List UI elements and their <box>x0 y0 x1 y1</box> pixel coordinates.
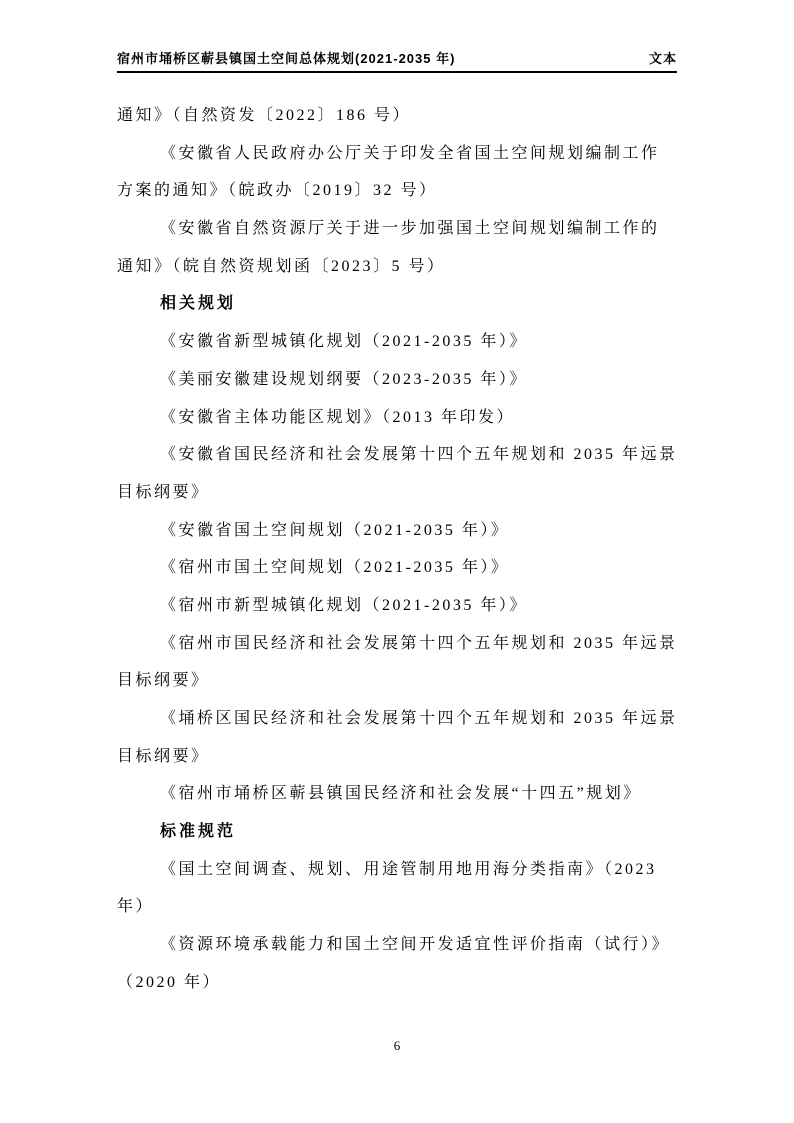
document-body: 通知》（自然资发〔2022〕186 号）《安徽省人民政府办公厅关于印发全省国土空… <box>117 97 683 1002</box>
section-heading: 相关规划 <box>117 285 683 323</box>
body-line: 《宿州市国民经济和社会发展第十四个五年规划和 2035 年远景 <box>117 625 683 663</box>
body-line: 目标纲要》 <box>117 662 683 700</box>
body-line: 《安徽省主体功能区规划》（2013 年印发） <box>117 399 683 437</box>
body-line: 《安徽省国民经济和社会发展第十四个五年规划和 2035 年远景 <box>117 436 683 474</box>
section-heading: 标准规范 <box>117 813 683 851</box>
body-line: 《安徽省新型城镇化规划（2021-2035 年）》 <box>117 323 683 361</box>
body-line: 《美丽安徽建设规划纲要（2023-2035 年）》 <box>117 361 683 399</box>
body-line: 通知》（自然资发〔2022〕186 号） <box>117 97 683 135</box>
document-page: 宿州市埇桥区蕲县镇国土空间总体规划(2021-2035 年) 文本 通知》（自然… <box>0 0 794 1123</box>
body-line: （2020 年） <box>117 964 683 1002</box>
body-line: 《资源环境承载能力和国土空间开发适宜性评价指南（试行）》 <box>117 926 683 964</box>
body-line: 《安徽省自然资源厅关于进一步加强国土空间规划编制工作的 <box>117 210 683 248</box>
body-line: 《安徽省国土空间规划（2021-2035 年）》 <box>117 512 683 550</box>
body-line: 《宿州市埇桥区蕲县镇国民经济和社会发展“十四五”规划》 <box>117 775 683 813</box>
body-line: 《宿州市新型城镇化规划（2021-2035 年）》 <box>117 587 683 625</box>
body-line: 方案的通知》（皖政办〔2019〕32 号） <box>117 172 683 210</box>
body-line: 年） <box>117 888 683 926</box>
page-header: 宿州市埇桥区蕲县镇国土空间总体规划(2021-2035 年) 文本 <box>117 48 677 73</box>
body-line: 《埇桥区国民经济和社会发展第十四个五年规划和 2035 年远景 <box>117 700 683 738</box>
body-line: 《安徽省人民政府办公厅关于印发全省国土空间规划编制工作 <box>117 135 683 173</box>
body-line: 目标纲要》 <box>117 474 683 512</box>
header-doc-type-label: 文本 <box>649 48 677 67</box>
body-line: 《宿州市国土空间规划（2021-2035 年）》 <box>117 549 683 587</box>
body-line: 目标纲要》 <box>117 738 683 776</box>
body-line: 《国土空间调查、规划、用途管制用地用海分类指南》（2023 <box>117 851 683 889</box>
page-footer: 6 <box>0 1038 794 1054</box>
header-title: 宿州市埇桥区蕲县镇国土空间总体规划(2021-2035 年) <box>117 48 455 67</box>
page-number: 6 <box>394 1038 401 1053</box>
body-line: 通知》（皖自然资规划函〔2023〕5 号） <box>117 248 683 286</box>
